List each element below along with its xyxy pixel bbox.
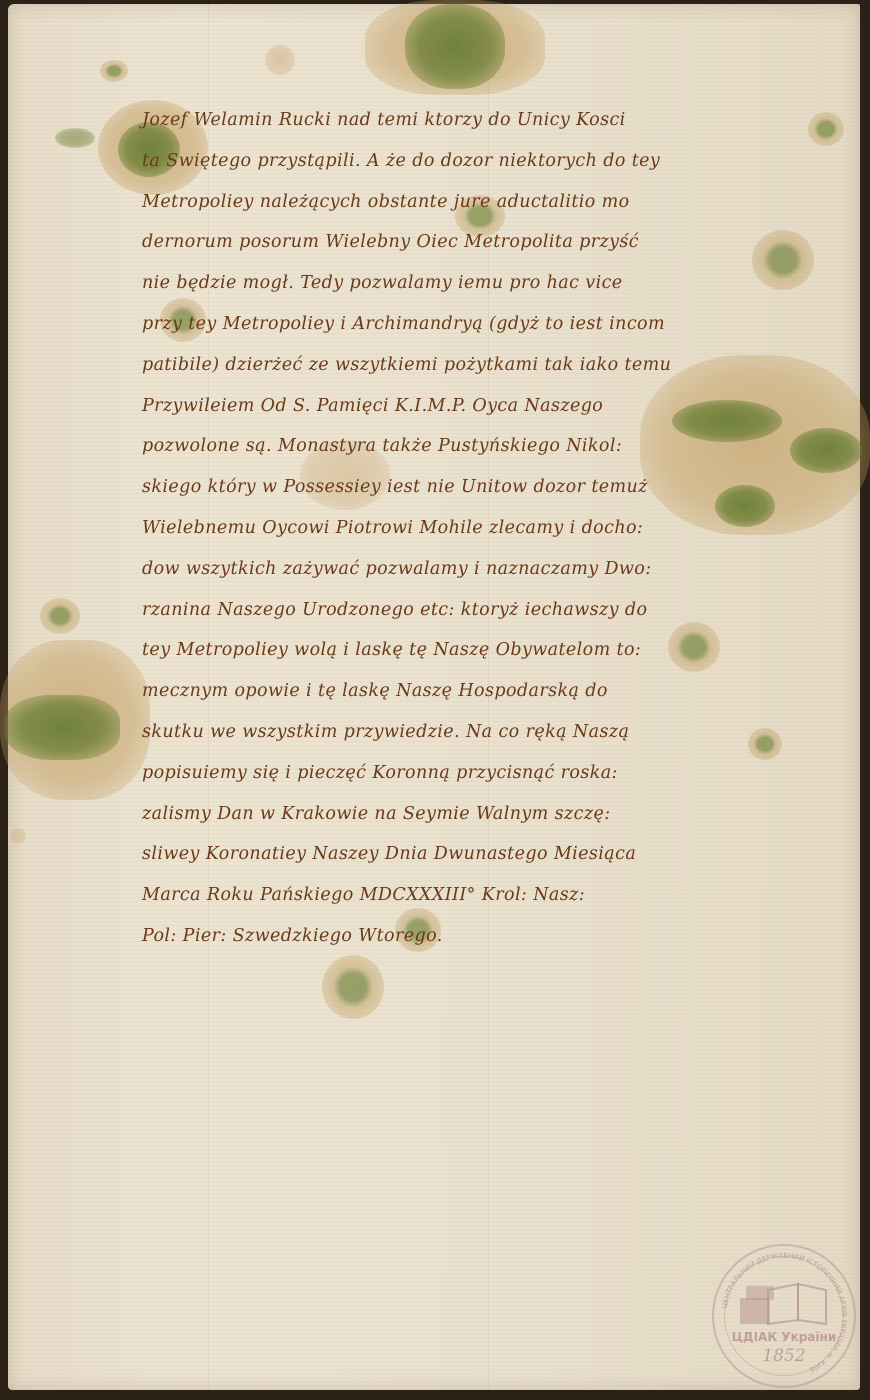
text-line: dow wszytkich zażywać pozwalamy i naznac… <box>142 549 842 590</box>
text-line: rzanina Naszego Urodzonego etc: ktoryż i… <box>142 590 842 631</box>
text-line: Marca Roku Pańskiego MDCXXXIII° Krol: Na… <box>142 875 842 916</box>
books-icon <box>738 1276 830 1326</box>
text-line: dernorum posorum Wielebny Oiec Metropoli… <box>142 222 842 263</box>
text-line: pozwolone są. Monastyra także Pustyńskie… <box>142 426 842 467</box>
text-line: ta Swiętego przystąpili. A że do dozor n… <box>142 141 842 182</box>
stamp-year: 1852 <box>714 1346 854 1366</box>
text-line: Metropoliey należących obstante jure adu… <box>142 182 842 223</box>
text-line: popisuiemy się i pieczęć Koronną przycis… <box>142 753 842 794</box>
text-line: sliwey Koronatiey Naszey Dnia Dwunastego… <box>142 834 842 875</box>
text-line: przy tey Metropoliey i Archimandryą (gdy… <box>142 304 842 345</box>
text-line: patibile) dzierżeć ze wszytkiemi pożytka… <box>142 345 842 386</box>
text-line: Wielebnemu Oycowi Piotrowi Mohile zlecam… <box>142 508 842 549</box>
text-line: Jozef Welamin Rucki nad temi ktorzy do U… <box>142 100 842 141</box>
text-line: tey Metropoliey wolą i laskę tę Naszę Ob… <box>142 630 842 671</box>
stamp-abbreviation: ЦДІАК України <box>714 1330 854 1344</box>
manuscript-text: Jozef Welamin Rucki nad temi ktorzy do U… <box>142 100 842 957</box>
text-line: mecznym opowie i tę laskę Naszę Hospodar… <box>142 671 842 712</box>
text-line: nie będzie mogł. Tedy pozwalamy iemu pro… <box>142 263 842 304</box>
text-line: Przywileiem Od S. Pamięci K.I.M.P. Oyca … <box>142 386 842 427</box>
text-line: skutku we wszystkim przywiedzie. Na co r… <box>142 712 842 753</box>
archive-stamp: ЦЕНТРАЛЬНИЙ ДЕРЖАВНИЙ ІСТОРИЧНИЙ АРХІВ У… <box>712 1244 856 1388</box>
text-line: Pol: Pier: Szwedzkiego Wtorego. <box>142 916 842 957</box>
text-line: zalismy Dan w Krakowie na Seymie Walnym … <box>142 794 842 835</box>
text-line: skiego który w Possessiey iest nie Unito… <box>142 467 842 508</box>
